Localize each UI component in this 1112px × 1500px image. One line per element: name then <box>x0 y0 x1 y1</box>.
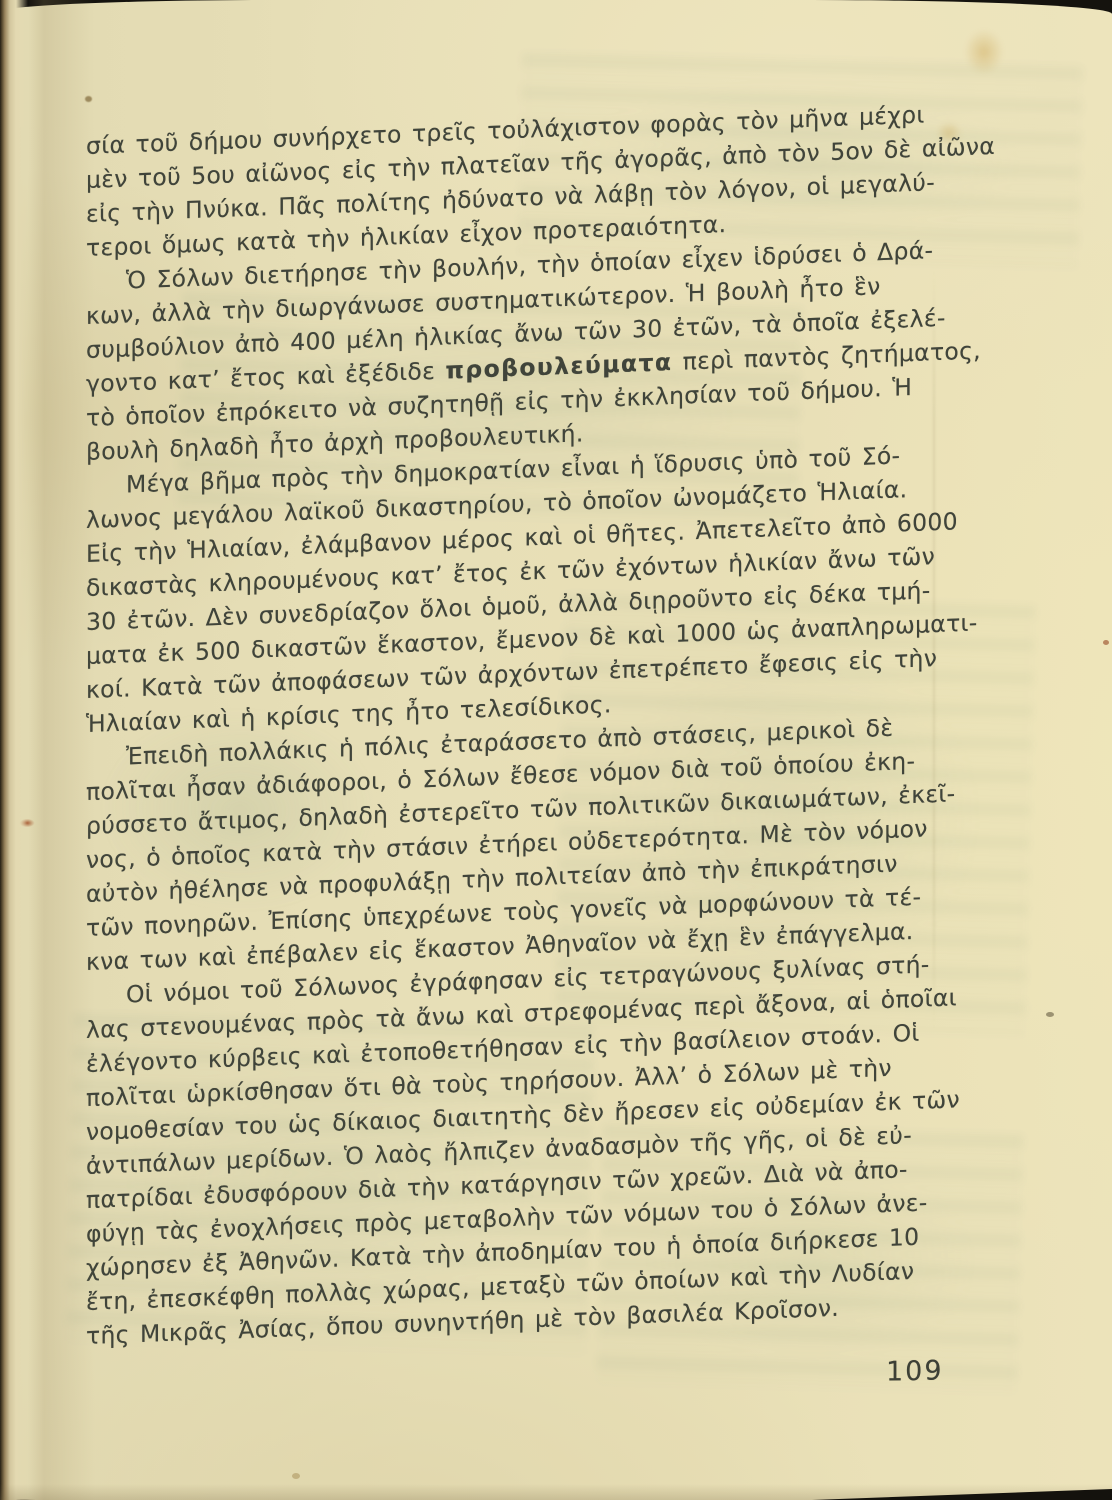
page-number: 109 <box>886 1355 944 1387</box>
paper-stain <box>958 22 1010 82</box>
text-block: σία τοῦ δήμου συνήρχετο τρεῖς τοὐλάχιστο… <box>86 97 946 1353</box>
book-page: σία τοῦ δήμου συνήρχετο τρεῖς τοὐλάχιστο… <box>0 0 1112 1500</box>
paper-speck <box>1046 1012 1054 1017</box>
paper-speck <box>1103 640 1109 645</box>
emphasized-word: προβουλεύματα <box>445 348 672 385</box>
paper-speck <box>18 818 36 828</box>
paper-speck <box>292 1473 300 1479</box>
paper-speck <box>85 96 92 102</box>
scanned-book-photo: σία τοῦ δήμου συνήρχετο τρεῖς τοὐλάχιστο… <box>0 0 1112 1500</box>
